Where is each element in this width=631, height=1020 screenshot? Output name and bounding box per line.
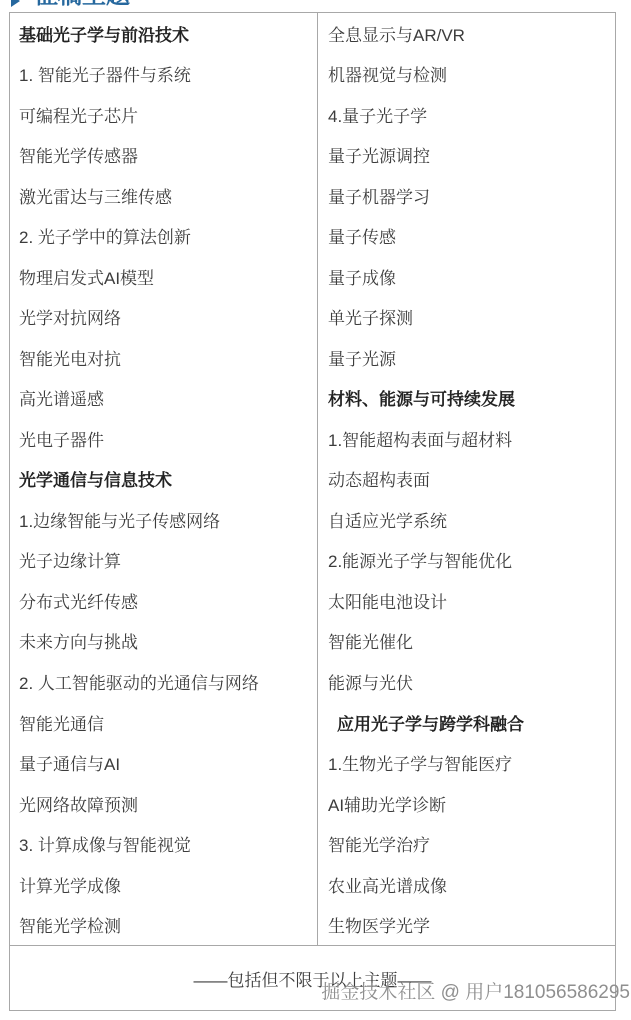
topic-item: 计算光学成像 <box>10 864 317 905</box>
table-row: 光学对抗网络单光子探测 <box>10 297 615 338</box>
topic-item: 量子通信与AI <box>10 742 317 783</box>
topics-table-body: 基础光子学与前沿技术全息显示与AR/VR1. 智能光子器件与系统机器视觉与检测可… <box>10 13 615 945</box>
table-row: 智能光学检测生物医学光学 <box>10 904 615 945</box>
topic-group-heading: 材料、能源与可持续发展 <box>317 378 615 419</box>
topic-item: 智能光学传感器 <box>10 135 317 176</box>
topic-item: 动态超构表面 <box>317 459 615 500</box>
table-row: 高光谱遥感材料、能源与可持续发展 <box>10 378 615 419</box>
topic-item: 光学对抗网络 <box>10 297 317 338</box>
topic-item: 可编程光子芯片 <box>10 94 317 135</box>
collapse-arrow-icon[interactable] <box>11 0 20 7</box>
topic-item: 能源与光伏 <box>317 661 615 702</box>
topic-item: AI辅助光学诊断 <box>317 783 615 824</box>
table-row: 智能光电对抗量子光源 <box>10 337 615 378</box>
table-row: 智能光学传感器量子光源调控 <box>10 135 615 176</box>
topic-item: 量子光源 <box>317 337 615 378</box>
table-row: 1. 智能光子器件与系统机器视觉与检测 <box>10 54 615 95</box>
topic-group-heading: 光学通信与信息技术 <box>10 459 317 500</box>
table-row: 光子边缘计算2.能源光子学与智能优化 <box>10 540 615 581</box>
watermark: 掘金技术社区 @ 用户181056586295 <box>321 977 630 1004</box>
table-row: 未来方向与挑战智能光催化 <box>10 621 615 662</box>
topic-item: 机器视觉与检测 <box>317 54 615 95</box>
topic-item: 2. 人工智能驱动的光通信与网络 <box>10 661 317 702</box>
table-row: 1.边缘智能与光子传感网络自适应光学系统 <box>10 499 615 540</box>
topic-group-heading: 应用光子学与跨学科融合 <box>317 702 615 743</box>
topic-item: 智能光催化 <box>317 621 615 662</box>
topic-group-heading: 基础光子学与前沿技术 <box>10 13 317 54</box>
table-row: 2. 人工智能驱动的光通信与网络能源与光伏 <box>10 661 615 702</box>
topic-item: 自适应光学系统 <box>317 499 615 540</box>
topic-item: 光子边缘计算 <box>10 540 317 581</box>
topic-item: 物理启发式AI模型 <box>10 256 317 297</box>
topic-item: 智能光学检测 <box>10 904 317 945</box>
table-row: 物理启发式AI模型量子成像 <box>10 256 615 297</box>
topic-item: 太阳能电池设计 <box>317 580 615 621</box>
table-row: 分布式光纤传感太阳能电池设计 <box>10 580 615 621</box>
topic-item: 2. 光子学中的算法创新 <box>10 216 317 257</box>
topic-item: 3. 计算成像与智能视觉 <box>10 823 317 864</box>
topic-item: 分布式光纤传感 <box>10 580 317 621</box>
topic-item: 光电子器件 <box>10 418 317 459</box>
topic-item: 农业高光谱成像 <box>317 864 615 905</box>
table-row: 可编程光子芯片4.量子光子学 <box>10 94 615 135</box>
topic-item: 量子机器学习 <box>317 175 615 216</box>
table-row: 光网络故障预测AI辅助光学诊断 <box>10 783 615 824</box>
table-row: 光学通信与信息技术动态超构表面 <box>10 459 615 500</box>
topic-item: 生物医学光学 <box>317 904 615 945</box>
table-row: 计算光学成像农业高光谱成像 <box>10 864 615 905</box>
topic-item: 1.智能超构表面与超材料 <box>317 418 615 459</box>
topic-item: 1.边缘智能与光子传感网络 <box>10 499 317 540</box>
topic-item: 量子传感 <box>317 216 615 257</box>
topic-item: 单光子探测 <box>317 297 615 338</box>
table-row: 光电子器件1.智能超构表面与超材料 <box>10 418 615 459</box>
topic-item: 全息显示与AR/VR <box>317 13 615 54</box>
page-title[interactable]: 征稿主题 <box>34 0 130 8</box>
topic-item: 智能光通信 <box>10 702 317 743</box>
table-row: 基础光子学与前沿技术全息显示与AR/VR <box>10 13 615 54</box>
topic-item: 4.量子光子学 <box>317 94 615 135</box>
topic-item: 光网络故障预测 <box>10 783 317 824</box>
table-row: 量子通信与AI1.生物光子学与智能医疗 <box>10 742 615 783</box>
topic-item: 1. 智能光子器件与系统 <box>10 54 317 95</box>
topic-item: 高光谱遥感 <box>10 378 317 419</box>
topic-item: 智能光学治疗 <box>317 823 615 864</box>
table-row: 2. 光子学中的算法创新量子传感 <box>10 216 615 257</box>
topic-item: 未来方向与挑战 <box>10 621 317 662</box>
topic-item: 2.能源光子学与智能优化 <box>317 540 615 581</box>
table-row: 激光雷达与三维传感量子机器学习 <box>10 175 615 216</box>
topic-item: 量子光源调控 <box>317 135 615 176</box>
topic-item: 激光雷达与三维传感 <box>10 175 317 216</box>
table-row: 3. 计算成像与智能视觉智能光学治疗 <box>10 823 615 864</box>
topic-item: 量子成像 <box>317 256 615 297</box>
topic-item: 1.生物光子学与智能医疗 <box>317 742 615 783</box>
topics-table: 基础光子学与前沿技术全息显示与AR/VR1. 智能光子器件与系统机器视觉与检测可… <box>9 12 616 1011</box>
topic-item: 智能光电对抗 <box>10 337 317 378</box>
table-row: 智能光通信应用光子学与跨学科融合 <box>10 702 615 743</box>
